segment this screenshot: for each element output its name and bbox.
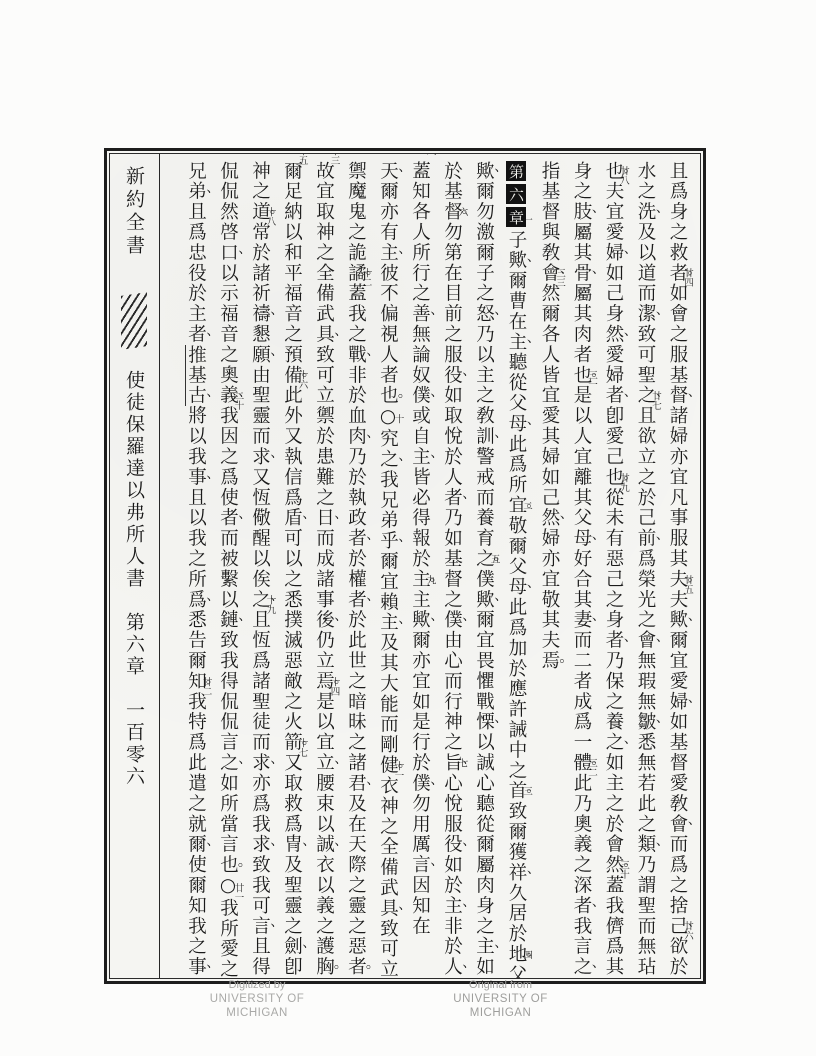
character: 其 <box>603 957 624 977</box>
text-column: 兄弟、且爲忠役於主者、推基古、將以我事、且以我之所爲、悉告爾知。廿二我特爲此遣之… <box>186 161 205 971</box>
character: 亦 <box>378 202 399 222</box>
character: 之 <box>442 324 463 344</box>
character: 得 <box>250 957 271 977</box>
character: 滅 <box>282 630 303 650</box>
character: 之 <box>442 732 463 752</box>
character: 二 <box>571 651 592 671</box>
character: 侃 <box>218 181 239 201</box>
character: 如 <box>603 263 624 283</box>
character: 爲 <box>603 936 624 956</box>
character: 諸 <box>314 569 335 589</box>
character: 以 <box>314 712 335 732</box>
character: 又 <box>282 426 303 446</box>
character: 及 <box>282 855 303 875</box>
character: 乃 <box>346 447 367 467</box>
character: 居 <box>506 903 527 923</box>
character: 謂 <box>635 875 656 895</box>
character: 加 <box>506 638 527 658</box>
character: 之 <box>186 794 207 814</box>
character: 宜 <box>314 732 335 752</box>
character: 可 <box>250 896 271 916</box>
character: 各 <box>410 202 431 222</box>
character: 厲 <box>410 834 431 854</box>
character: 之 <box>250 181 271 201</box>
character: 服 <box>667 345 688 365</box>
character: 我 <box>250 875 271 895</box>
character: 爲 <box>506 618 527 638</box>
character: 好 <box>571 549 592 569</box>
character: 儕 <box>603 916 624 936</box>
character: 夫 <box>539 630 560 650</box>
character: 其 <box>571 304 592 324</box>
character: 以 <box>282 549 303 569</box>
character: 之 <box>474 283 495 303</box>
character: 婦 <box>603 365 624 385</box>
character: 自 <box>410 426 431 446</box>
character: 其 <box>571 243 592 263</box>
text-column: 也。廿八夫宜愛婦、如己身然、愛婦者、卽愛己也。廿九從未有惡己之身者、乃保之養之、… <box>604 161 623 971</box>
character: 之 <box>282 916 303 936</box>
text-column: 八蓋知各人所行之善、無論奴僕、或自主、皆必得報於主。九主歟、爾亦宜如是行於僕、勿… <box>410 161 429 971</box>
character: 因 <box>218 426 239 446</box>
character: 天 <box>346 834 367 854</box>
text-column: 十三故宜取神之全備武具、致可立禦於患難之日、而成諸事後、仍立焉。十四是以宜立、腰… <box>314 161 333 971</box>
character: 之 <box>282 324 303 344</box>
character: 主 <box>186 304 207 324</box>
character: 以 <box>474 732 495 752</box>
character: 音 <box>218 324 239 344</box>
character: 之 <box>474 916 495 936</box>
character: 福 <box>218 304 239 324</box>
character: 行 <box>410 732 431 752</box>
character: 在 <box>410 916 431 936</box>
character: 爾 <box>474 834 495 854</box>
character: 無 <box>635 651 656 671</box>
character: 如 <box>442 385 463 405</box>
character: 服 <box>442 345 463 365</box>
character: 諸 <box>250 671 271 691</box>
character: 己 <box>603 569 624 589</box>
character: 與 <box>539 222 560 242</box>
character: 之 <box>346 732 367 752</box>
digitized-by-institution: UNIVERSITY OF MICHIGAN <box>182 992 332 1020</box>
character: 之 <box>410 283 431 303</box>
character: 以 <box>314 875 335 895</box>
character: 於 <box>635 488 656 508</box>
character: 義 <box>571 834 592 854</box>
character: 之 <box>603 590 624 610</box>
character: 惡 <box>346 936 367 956</box>
character: 之 <box>571 181 592 201</box>
character: 俟 <box>250 569 271 589</box>
character: 若 <box>635 773 656 793</box>
character: 屬 <box>571 283 592 303</box>
character: 論 <box>410 345 431 365</box>
character: 目 <box>442 283 463 303</box>
character: 而 <box>571 630 592 650</box>
character: 而 <box>250 732 271 752</box>
character: 會 <box>603 834 624 854</box>
character: 可 <box>635 345 656 365</box>
character: 武 <box>378 878 399 898</box>
character: 亦 <box>667 447 688 467</box>
character: 所 <box>186 569 207 589</box>
character: 役 <box>186 263 207 283</box>
character: 之 <box>218 345 239 365</box>
character: 難 <box>314 467 335 487</box>
character: 被 <box>218 549 239 569</box>
character: 禦 <box>346 161 367 181</box>
character: 非 <box>346 365 367 385</box>
character: 於 <box>346 549 367 569</box>
character: 於 <box>314 426 335 446</box>
text-column: 指基督與敎會、三三然爾各人皆宜愛其婦如己然、婦亦宜敬其夫焉。 <box>540 161 559 971</box>
character: 從 <box>474 814 495 834</box>
character: 立 <box>635 447 656 467</box>
character: 可 <box>314 365 335 385</box>
character: 宜 <box>571 447 592 467</box>
character: 立 <box>378 959 399 978</box>
character: 之 <box>635 610 656 630</box>
character: 而 <box>635 283 656 303</box>
text-column: 天、爾亦有主、彼不偏視人者也。○十究之、我兄弟乎、爾宜賴主、及其大能而剛健。十一… <box>378 161 397 971</box>
text-column: 且爲身之救者。廿四如會之服基督、諸婦亦宜凡事服其夫。廿五夫歟、爾宜愛婦、如基督愛… <box>668 161 687 971</box>
hatch-mark-icon <box>121 292 147 350</box>
character: 我 <box>346 304 367 324</box>
character: 愛 <box>603 222 624 242</box>
character: 致 <box>506 801 527 821</box>
character: 身 <box>571 161 592 181</box>
character: 於 <box>506 924 527 944</box>
character: 報 <box>410 528 431 548</box>
character: 道 <box>635 263 656 283</box>
character: 束 <box>314 794 335 814</box>
text-column: 十五爾足納以和平福音之預備。十六此外又執信爲盾、可以之悉撲滅惡敵之火箭。十七又取… <box>282 161 301 971</box>
character: 之 <box>218 447 239 467</box>
character: 義 <box>314 896 335 916</box>
character: 無 <box>635 753 656 773</box>
character: 諸 <box>667 406 688 426</box>
character: 我 <box>186 447 207 467</box>
character: 乃 <box>635 855 656 875</box>
character: 無 <box>635 936 656 956</box>
character: 曹 <box>506 291 527 311</box>
character: 愛 <box>603 426 624 446</box>
character: 特 <box>186 712 207 732</box>
character: 敎 <box>474 406 495 426</box>
character: 宜 <box>667 467 688 487</box>
character: 取 <box>314 202 335 222</box>
character: 之 <box>603 794 624 814</box>
character: 子 <box>474 263 495 283</box>
character: 凡 <box>667 488 688 508</box>
character: 所 <box>218 919 239 939</box>
character: 於 <box>442 875 463 895</box>
character: 用 <box>410 814 431 834</box>
character: 如 <box>442 855 463 875</box>
character: 侃 <box>218 692 239 712</box>
character: 武 <box>314 304 335 324</box>
character: 亦 <box>410 651 431 671</box>
character: 我 <box>250 814 271 834</box>
character: 蓋 <box>410 161 431 181</box>
character: 恆 <box>250 488 271 508</box>
character: 卽 <box>282 957 303 977</box>
character: 心 <box>474 773 495 793</box>
character: 之 <box>635 467 656 487</box>
character: 之 <box>346 916 367 936</box>
character: 之 <box>314 916 335 936</box>
character: 養 <box>474 508 495 528</box>
character: 剛 <box>378 735 399 755</box>
character: 救 <box>282 794 303 814</box>
character: 爾 <box>186 651 207 671</box>
character: 繫 <box>218 569 239 589</box>
character: 之 <box>506 761 527 781</box>
character: 於 <box>442 936 463 956</box>
character: 言 <box>571 936 592 956</box>
character: 侃 <box>218 161 239 181</box>
character: 爲 <box>506 454 527 474</box>
character: 因 <box>410 875 431 895</box>
character: 暗 <box>346 692 367 712</box>
character: 之 <box>218 959 239 978</box>
character: 其 <box>571 590 592 610</box>
character: 以 <box>282 222 303 242</box>
character: 我 <box>186 916 207 936</box>
character: 其 <box>571 488 592 508</box>
character: 祈 <box>250 283 271 303</box>
character: 服 <box>667 528 688 548</box>
character: 如 <box>218 773 239 793</box>
character: 在 <box>506 312 527 332</box>
character: 於 <box>250 243 271 263</box>
character: 於 <box>346 467 367 487</box>
character: 鬼 <box>346 202 367 222</box>
character: 而 <box>667 834 688 854</box>
character: 爾 <box>378 181 399 201</box>
character: 爲 <box>282 488 303 508</box>
character: 水 <box>635 161 656 181</box>
character: 不 <box>378 283 399 303</box>
character: 父 <box>506 393 527 413</box>
character: 彼 <box>378 263 399 283</box>
character: 之 <box>314 488 335 508</box>
margin-chapter-label: 第六章 <box>123 612 145 678</box>
character: 亦 <box>539 549 560 569</box>
character: 婦 <box>539 528 560 548</box>
character: 宜 <box>314 181 335 201</box>
character: 畏 <box>474 651 495 671</box>
character: 獲 <box>506 842 527 862</box>
character: 是 <box>410 712 431 732</box>
character: 爾 <box>506 271 527 291</box>
character: 使 <box>218 488 239 508</box>
scanned-book-page: 新約全書 使徒保羅達以弗所人書 第六章 一百零六 且爲身之救者。廿四如會之服基督… <box>0 0 816 1056</box>
character: 指 <box>539 161 560 181</box>
character: 在 <box>346 814 367 834</box>
character: 如 <box>539 467 560 487</box>
character: 許 <box>506 699 527 719</box>
character: 己 <box>603 283 624 303</box>
character: 亦 <box>250 773 271 793</box>
character: 於 <box>346 385 367 405</box>
character: 爾 <box>506 536 527 556</box>
character: 弟 <box>378 510 399 530</box>
character: 爲 <box>186 732 207 752</box>
character: 且 <box>186 202 207 222</box>
character: 中 <box>506 740 527 760</box>
character: 兄 <box>378 490 399 510</box>
character: 推 <box>185 345 207 365</box>
character: 其 <box>378 653 399 673</box>
character: 愛 <box>667 773 688 793</box>
character: 基 <box>667 365 688 385</box>
character: 瑕 <box>635 671 656 691</box>
character: 儆 <box>250 508 271 528</box>
character: 致 <box>635 324 656 344</box>
character: 心 <box>442 773 463 793</box>
character: 爾 <box>474 243 495 263</box>
character: 聖 <box>282 875 303 895</box>
character: 而 <box>250 426 271 446</box>
character: 且 <box>250 936 271 956</box>
character: 可 <box>282 528 303 548</box>
character: 如 <box>474 957 495 977</box>
character: 我 <box>571 916 592 936</box>
book-title: 使徒保羅達以弗所人書 <box>123 370 145 590</box>
character: 靈 <box>282 896 303 916</box>
character: 詭 <box>346 243 367 263</box>
character: 勿 <box>474 202 495 222</box>
character: 此 <box>506 434 527 454</box>
character: 第 <box>442 243 463 263</box>
character: 愛 <box>667 671 688 691</box>
character: 和 <box>282 243 303 263</box>
character: 非 <box>442 916 463 936</box>
character: 之 <box>346 671 367 691</box>
character: 所 <box>506 475 527 495</box>
character: 於 <box>603 814 624 834</box>
character: 之 <box>571 855 592 875</box>
character: 久 <box>506 883 527 903</box>
character: 聖 <box>250 385 271 405</box>
character: 患 <box>314 447 335 467</box>
character: 惡 <box>282 651 303 671</box>
character: 於 <box>346 610 367 630</box>
character: 以 <box>314 814 335 834</box>
character: 基 <box>539 181 560 201</box>
character: 爲 <box>282 814 303 834</box>
character: 捨 <box>667 896 688 916</box>
character: 魔 <box>346 181 367 201</box>
character: 屬 <box>474 855 495 875</box>
character: 由 <box>250 365 271 385</box>
character: 悉 <box>635 732 656 752</box>
character: 於 <box>410 549 431 569</box>
character: 聽 <box>474 794 495 814</box>
character: 忠 <box>186 243 207 263</box>
character: 由 <box>442 630 463 650</box>
character: 以 <box>474 345 495 365</box>
character: 基 <box>442 549 463 569</box>
text-column: 身之肢、屬其骨、屬其肉者也。三一是以人宜離其父母、好合其妻、而二者成爲一體。三二… <box>572 161 591 971</box>
character: 婦 <box>667 426 688 446</box>
character: 致 <box>250 855 271 875</box>
character: 屬 <box>571 222 592 242</box>
character: 納 <box>282 202 303 222</box>
original-from-line: Original from <box>423 979 578 992</box>
character: 言 <box>218 834 239 854</box>
character: 之 <box>346 324 367 344</box>
character: 勿 <box>410 794 431 814</box>
character: 之 <box>346 222 367 242</box>
character: 子 <box>506 230 527 250</box>
character: 此 <box>186 753 207 773</box>
character: 之 <box>667 324 688 344</box>
character: 從 <box>506 373 527 393</box>
character: 主 <box>474 365 495 385</box>
character: 及 <box>635 222 656 242</box>
character: 執 <box>282 447 303 467</box>
character: 言 <box>218 732 239 752</box>
character: 督 <box>442 569 463 589</box>
character: 悅 <box>442 794 463 814</box>
character: 人 <box>442 467 463 487</box>
character: 禦 <box>314 406 335 426</box>
character: 己 <box>635 508 656 528</box>
character: 會 <box>667 304 688 324</box>
character: 之 <box>186 936 207 956</box>
character: 我 <box>218 651 239 671</box>
character: 人 <box>539 345 560 365</box>
character: 如 <box>667 712 688 732</box>
text-column: 歟、爾勿激爾子之怒、乃以主之敎訓、警戒而養育之。五僕歟、爾宜畏懼戰慄、以誠心聽從… <box>474 161 493 971</box>
character: 而 <box>635 916 656 936</box>
character: 聖 <box>635 365 656 385</box>
character: 際 <box>346 855 367 875</box>
character: 乃 <box>442 508 463 528</box>
text-column: 神之道。十八常於諸祈禱、懇願、由聖靈而求、又恆儆醒以俟之、十九且恆爲諸聖徒而求、… <box>250 161 269 971</box>
character: 宜 <box>667 651 688 671</box>
character: 仍 <box>314 630 335 650</box>
character: 其 <box>539 610 560 630</box>
character: 取 <box>442 406 463 426</box>
page-border: 新約全書 使徒保羅達以弗所人書 第六章 一百零六 且爲身之救者。廿四如會之服基督… <box>104 148 706 984</box>
character: 爾 <box>506 822 527 842</box>
character: 神 <box>442 712 463 732</box>
character: 告 <box>186 630 207 650</box>
character: 榮 <box>635 569 656 589</box>
character: 大 <box>378 674 399 694</box>
text-column: 禦魔鬼之詭譎。十二蓋我之戰、非於血肉、乃於執政者、於權者、於此世之暗昧之諸君、及… <box>346 161 365 971</box>
character: 且 <box>667 161 688 181</box>
character: 而 <box>218 528 239 548</box>
character: 腰 <box>314 773 335 793</box>
character: 宜 <box>539 569 560 589</box>
character: 執 <box>346 488 367 508</box>
character: 福 <box>282 283 303 303</box>
character: 之 <box>282 569 303 589</box>
character: 神 <box>314 222 335 242</box>
character: 使 <box>186 855 207 875</box>
character: 諸 <box>250 263 271 283</box>
character: 可 <box>378 939 399 959</box>
character: 其 <box>667 549 688 569</box>
character: 肉 <box>571 324 592 344</box>
character: 之 <box>635 181 656 201</box>
character: 勿 <box>442 222 463 242</box>
